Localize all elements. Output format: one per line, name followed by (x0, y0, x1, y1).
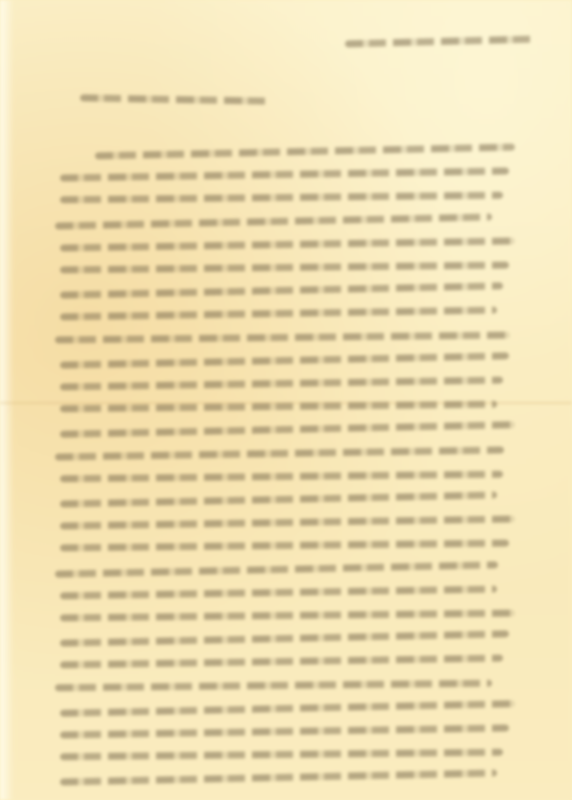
body-line (60, 700, 515, 717)
body-line (60, 516, 515, 530)
body-line (60, 237, 515, 251)
body-line (60, 262, 509, 274)
salutation (80, 94, 270, 104)
body-line (95, 144, 515, 160)
body-line (60, 491, 497, 507)
body-line (60, 352, 509, 368)
body-line (60, 630, 509, 646)
body-line (60, 724, 509, 738)
body-line (60, 540, 509, 552)
body-line (60, 585, 497, 599)
body-line (55, 561, 498, 577)
body-line (55, 331, 510, 343)
dateline (345, 36, 535, 48)
letter-page (0, 0, 572, 800)
body-line (60, 377, 503, 391)
body-line (60, 168, 509, 182)
body-line (55, 213, 492, 229)
body-line (60, 655, 503, 669)
body-line (60, 749, 503, 761)
body-line (55, 446, 504, 460)
body-line (60, 422, 515, 439)
body-line (60, 192, 503, 204)
body-line (60, 770, 497, 786)
body-line (60, 283, 503, 299)
body-line (60, 307, 497, 321)
paper-left-edge (0, 0, 14, 800)
body-line (55, 679, 492, 691)
body-line (60, 610, 515, 622)
body-line (60, 470, 503, 482)
